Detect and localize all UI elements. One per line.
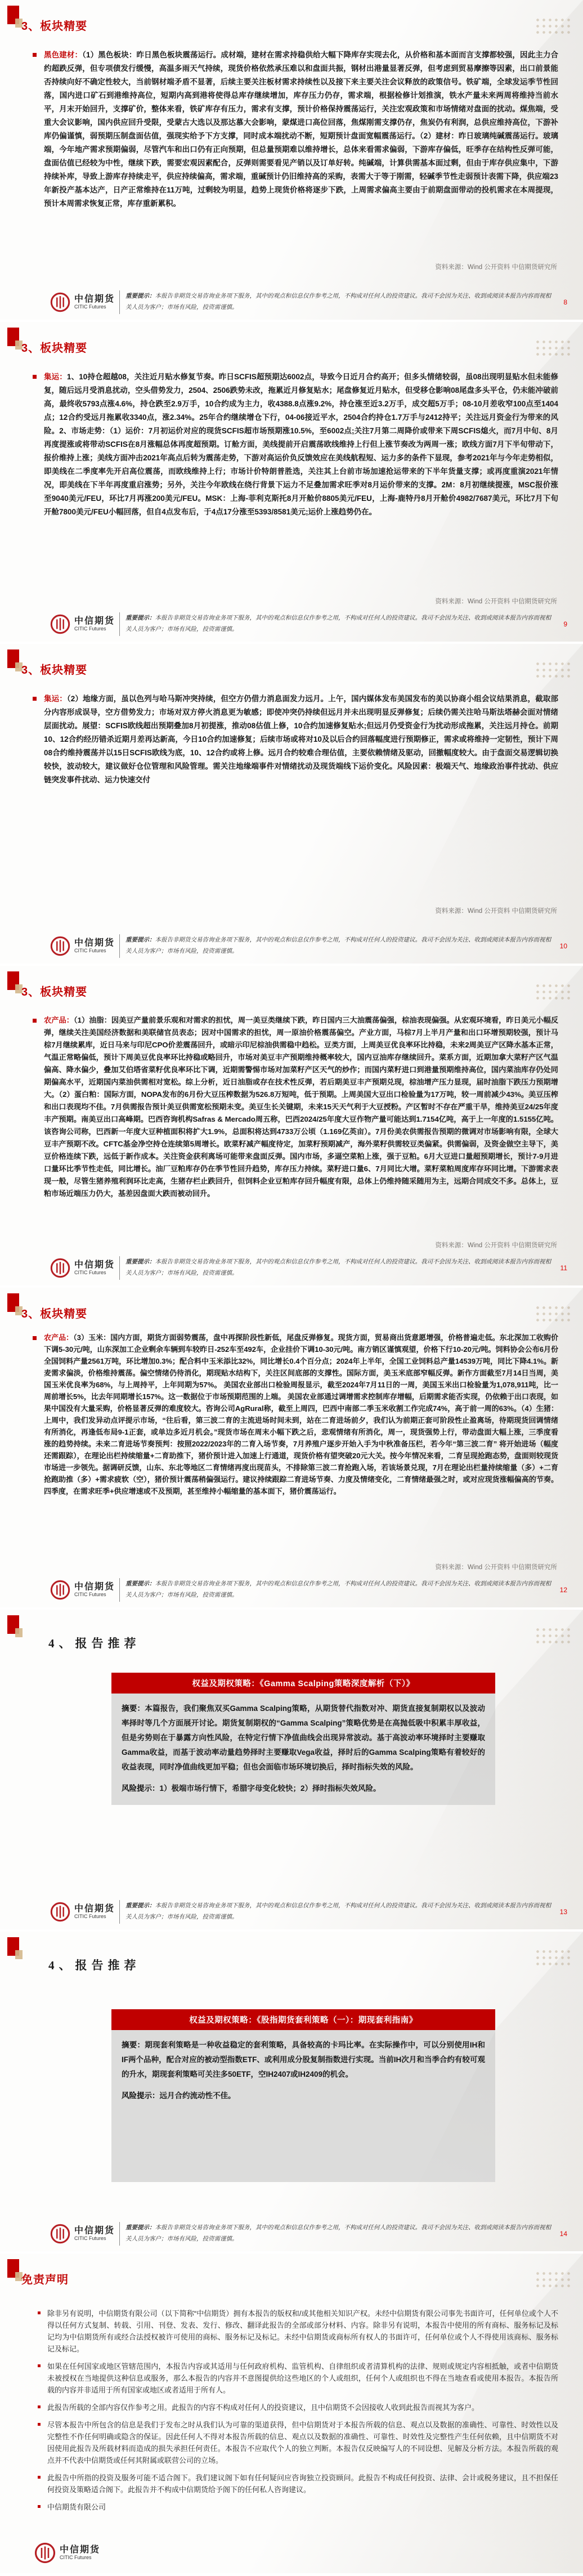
disclaimer-item: 除非另有说明，中信期货有限公司（以下简称“中信期货）拥有本报告的版权和/或其他相… [35, 2308, 558, 2355]
bullet-square-icon [33, 375, 37, 379]
bullet-square-icon [33, 53, 37, 57]
page-number: 8 [563, 298, 567, 306]
report-abstract: 摘要：本篇报告，我们聚焦双买Gamma Scalping策略，从期货替代指数对冲… [122, 1701, 485, 1775]
footer-divider [119, 934, 120, 958]
sector-label: 黑色建材： [44, 51, 82, 59]
bullet-square-icon [33, 1336, 37, 1340]
citic-logo-icon [50, 1257, 71, 1279]
footer-notice: 重要提示：本报告非期货交易咨询业务项下服务，其中的观点和信息仅作参考之用，不构成… [125, 1579, 552, 1601]
dots-decoration [535, 1627, 571, 1645]
page-number: 9 [563, 620, 567, 628]
brand-name-cn: 中信期货 [74, 1582, 115, 1592]
sector-label: 农产品： [44, 1333, 73, 1342]
footer-notice: 重要提示：本报告非期货交易咨询业务项下服务，其中的观点和信息仅作参考之用，不构成… [125, 2223, 552, 2245]
page-title: 3、板块精要 [21, 983, 87, 999]
page-title: 3、板块精要 [21, 1305, 87, 1321]
corner-tan-square [15, 1628, 23, 1637]
citic-logo: 中信期货CITIC Futures [50, 292, 115, 313]
page-content: 黑色建材：（1）黑色板块：昨日黑色板块震荡运行。成材端，建材在需求持稳供给大幅下… [29, 48, 558, 210]
page-number: 14 [560, 2230, 567, 2238]
brand-name-en: CITIC Futures [74, 948, 115, 954]
footer-divider [119, 2222, 120, 2246]
page-footer: 中信期货CITIC Futures 重要提示：本报告非期货交易咨询业务项下服务，… [50, 290, 567, 314]
bullet-square-icon [33, 697, 37, 701]
report-title-bar: 权益及期权策略：《Gamma Scalping策略深度解析（下）》 [111, 1673, 495, 1694]
citic-logo-icon [50, 1901, 71, 1923]
footer-notice: 重要提示：本报告非期货交易咨询业务项下服务，其中的观点和信息仅作参考之用，不构成… [125, 1901, 552, 1923]
sector-body: （1）黑色板块：昨日黑色板块震荡运行。成材端，建材在需求持稳供给大幅下降库存实现… [44, 51, 558, 208]
citic-logo-icon [50, 292, 71, 313]
disclaimer-item: 尽管本报告中所包含的信息是我们于发布之时从我们认为可靠的渠道获得，但中信期货对于… [35, 2419, 558, 2466]
page-content: 农产品：（3）玉米：国内方面，期货方面弱势震荡，盘中再探阶段性新低，尾盘反弹修复… [29, 1332, 558, 1497]
sector-body: （1）油脂：因美豆产量前景乐观和对需求的担忧，周一美豆类继续下跌，昨日国内三大油… [44, 1016, 558, 1198]
page-title: 3、板块精要 [21, 339, 87, 355]
slide-page-4: 3、板块精要 农产品：（1）油脂：因美豆产量前景乐观和对需求的担忧，周一美豆类继… [0, 966, 583, 1285]
disclaimer-item: 此报告中所指的投资及服务可能不适合阁下。我们建议阁下如有任何疑问应咨询独立投资顾… [35, 2472, 558, 2496]
section-paragraph: 农产品：（1）油脂：因美豆产量前景乐观和对需求的担忧，周一美豆类继续下跌，昨日国… [29, 1014, 558, 1200]
report-body: 摘要：本篇报告，我们聚焦双买Gamma Scalping策略，从期货替代指数对冲… [111, 1694, 495, 1805]
citic-logo-icon [50, 613, 71, 635]
citic-logo: 中信期货CITIC Futures [50, 613, 115, 635]
page-title: 3、板块精要 [21, 17, 87, 33]
slide-page-7: 4、报告推荐 权益及期权策略：《股指期货套利策略（一）：期现套利指南》 摘要：期… [0, 1932, 583, 2251]
bullet-square-icon [38, 2405, 41, 2408]
citic-logo-icon [34, 2542, 56, 2564]
page-title: 免责声明 [21, 2270, 69, 2287]
corner-tan-square [15, 1950, 23, 1959]
page-footer: 中信期货CITIC Futures [34, 2542, 100, 2564]
section-paragraph: 黑色建材：（1）黑色板块：昨日黑色板块震荡运行。成材端，建材在需求持稳供给大幅下… [29, 48, 558, 210]
brand-name-en: CITIC Futures [74, 626, 115, 632]
slide-page-6: 4、报告推荐 权益及期权策略：《Gamma Scalping策略深度解析（下）》… [0, 1610, 583, 1929]
footer-notice: 重要提示：本报告非期货交易咨询业务项下服务，其中的观点和信息仅作参考之用，不构成… [125, 613, 555, 635]
page-number: 13 [560, 1908, 567, 1916]
page-footer: 中信期货CITIC Futures 重要提示：本报告非期货交易咨询业务项下服务，… [50, 2222, 567, 2246]
report-abstract: 摘要：期现套利策略是一种收益稳定的套利策略，具备较高的卡玛比率。在实际操作中，可… [122, 2038, 485, 2082]
citic-logo: 中信期货CITIC Futures [50, 1257, 115, 1279]
slide-page-5: 3、板块精要 农产品：（3）玉米：国内方面，期货方面弱势震荡，盘中再探阶段性新低… [0, 1288, 583, 1607]
disclaimer-list: 除非另有说明，中信期货有限公司（以下简称“中信期货）拥有本报告的版权和/或其他相… [35, 2308, 558, 2519]
section-paragraph: 集运：（2）地缘方面，虽以色列与哈马斯冲突持续，但空方仍借力消息面发力远月。上午… [29, 692, 558, 787]
report-body: 摘要：期现套利策略是一种收益稳定的套利策略，具备较高的卡玛比率。在实际操作中，可… [111, 2030, 495, 2182]
sector-label: 集运： [44, 695, 67, 703]
bullet-square-icon [38, 2476, 41, 2479]
report-risk: 风险提示：1）极端市场行情下，希腊字母变化较快；2）择时指标失效风险。 [122, 1781, 485, 1796]
bullet-square-icon [38, 2505, 41, 2508]
dots-decoration [535, 17, 571, 35]
sector-body: （3）玉米：国内方面，期货方面弱势震荡，盘中再探阶段性新低，尾盘反弹修复。现货方… [44, 1333, 558, 1495]
disclaimer-item: 中信期货有限公司 [35, 2501, 558, 2513]
footer-divider [119, 1256, 120, 1280]
brand-name-en: CITIC Futures [74, 1592, 115, 1598]
section-paragraph: 农产品：（3）玉米：国内方面，期货方面弱势震荡，盘中再探阶段性新低，尾盘反弹修复… [29, 1332, 558, 1497]
slide-page-2: 3、板块精要 集运：1、10持仓超越08，关注近月贴水修复节奏。昨日SCFIS超… [0, 322, 583, 642]
page-number: 10 [560, 942, 567, 950]
footer-divider [119, 290, 120, 314]
footer-notice: 重要提示：本报告非期货交易咨询业务项下服务，其中的观点和信息仅作参考之用，不构成… [125, 291, 555, 313]
source-note: 资料来源：Wind 公开资料 中信期货研究所 [435, 262, 557, 271]
source-note: 资料来源：Wind 公开资料 中信期货研究所 [435, 1240, 557, 1249]
brand-name-cn: 中信期货 [74, 1904, 115, 1914]
dots-decoration [535, 2270, 571, 2289]
brand-name-cn: 中信期货 [74, 2226, 115, 2236]
source-note: 资料来源：Wind 公开资料 中信期货研究所 [435, 1562, 557, 1571]
source-note: 资料来源：Wind 公开资料 中信期货研究所 [435, 597, 557, 606]
citic-logo: 中信期货CITIC Futures [50, 935, 115, 957]
brand-name-en: CITIC Futures [74, 1270, 115, 1276]
report-title-bar: 权益及期权策略：《股指期货套利策略（一）：期现套利指南》 [111, 2009, 495, 2030]
citic-logo-icon [50, 935, 71, 957]
disclaimer-item: 此报告所载的全部内容仅作参考之用。此报告的内容不构成对任何人的投资建议，且中信期… [35, 2402, 558, 2413]
page-title: 4、报告推荐 [48, 1634, 141, 1651]
disclaimer-item: 如果在任何国家或地区管辖范围内，本报告内容或其适用与任何政府机构、监管机构、自律… [35, 2360, 558, 2396]
brand-name-cn: 中信期货 [74, 616, 115, 626]
page-content: 集运：1、10持仓超越08，关注近月贴水修复节奏。昨日SCFIS超预期达6002… [29, 370, 558, 519]
citic-logo-icon [50, 2223, 71, 2245]
brand-name-en: CITIC Futures [74, 1914, 115, 1920]
citic-logo-icon [50, 1579, 71, 1601]
bullet-square-icon [33, 1019, 37, 1023]
page-footer: 中信期货CITIC Futures 重要提示：本报告非期货交易咨询业务项下服务，… [50, 1578, 567, 1602]
report-risk: 风险提示：远月合约流动性不佳。 [122, 2089, 485, 2103]
page-number: 12 [560, 1586, 567, 1594]
page-footer: 中信期货CITIC Futures 重要提示：本报告非期货交易咨询业务项下服务，… [50, 1256, 567, 1280]
brand-name-en: CITIC Futures [60, 2555, 100, 2561]
page-content: 农产品：（1）油脂：因美豆产量前景乐观和对需求的担忧，周一美豆类继续下跌，昨日国… [29, 1014, 558, 1200]
page-footer: 中信期货CITIC Futures 重要提示：本报告非期货交易咨询业务项下服务，… [50, 612, 567, 636]
brand-name-cn: 中信期货 [74, 938, 115, 948]
section-paragraph: 集运：1、10持仓超越08，关注近月贴水修复节奏。昨日SCFIS超预期达6002… [29, 370, 558, 519]
citic-logo: 中信期货CITIC Futures [50, 2223, 115, 2245]
bullet-square-icon [38, 2364, 41, 2367]
slide-page-3: 3、板块精要 集运：（2）地缘方面，虽以色列与哈马斯冲突持续，但空方仍借力消息面… [0, 644, 583, 964]
bullet-square-icon [38, 2311, 41, 2314]
report-recommendation-card: 权益及期权策略：《股指期货套利策略（一）：期现套利指南》 摘要：期现套利策略是一… [111, 2009, 495, 2182]
footer-notice: 重要提示：本报告非期货交易咨询业务项下服务，其中的观点和信息仅作参考之用，不构成… [125, 935, 552, 957]
sector-body: （2）地缘方面，虽以色列与哈马斯冲突持续，但空方仍借力消息面发力远月。上午，国内… [44, 695, 558, 784]
brand-name-cn: 中信期货 [74, 1260, 115, 1270]
citic-logo: 中信期货CITIC Futures [34, 2542, 100, 2564]
citic-logo: 中信期货CITIC Futures [50, 1901, 115, 1923]
brand-name-cn: 中信期货 [74, 294, 115, 304]
page-title: 4、报告推荐 [48, 1956, 141, 1973]
source-note: 资料来源：Wind 公开资料 中信期货研究所 [435, 906, 557, 915]
page-footer: 中信期货CITIC Futures 重要提示：本报告非期货交易咨询业务项下服务，… [50, 1900, 567, 1924]
page-content: 集运：（2）地缘方面，虽以色列与哈马斯冲突持续，但空方仍借力消息面发力远月。上午… [29, 692, 558, 787]
footer-notice: 重要提示：本报告非期货交易咨询业务项下服务，其中的观点和信息仅作参考之用，不构成… [125, 1257, 553, 1279]
footer-divider [119, 1578, 120, 1602]
slide-page-1: 3、板块精要 黑色建材：（1）黑色板块：昨日黑色板块震荡运行。成材端，建材在需求… [0, 0, 583, 320]
report-recommendation-card: 权益及期权策略：《Gamma Scalping策略深度解析（下）》 摘要：本篇报… [111, 1673, 495, 1805]
brand-name-cn: 中信期货 [60, 2545, 100, 2555]
page-footer: 中信期货CITIC Futures 重要提示：本报告非期货交易咨询业务项下服务，… [50, 934, 567, 958]
brand-name-en: CITIC Futures [74, 304, 115, 310]
sector-label: 集运： [44, 373, 67, 381]
page-number: 11 [560, 1264, 567, 1272]
dots-decoration [535, 661, 571, 679]
dots-decoration [535, 1948, 571, 1967]
dots-decoration [535, 983, 571, 1001]
slide-page-8: 免责声明 除非另有说明，中信期货有限公司（以下简称“中信期货）拥有本报告的版权和… [0, 2254, 583, 2573]
dots-decoration [535, 339, 571, 357]
footer-divider [119, 1900, 120, 1924]
bullet-square-icon [38, 2423, 41, 2426]
brand-name-en: CITIC Futures [74, 2236, 115, 2242]
citic-logo: 中信期货CITIC Futures [50, 1579, 115, 1601]
dots-decoration [535, 1305, 571, 1323]
footer-divider [119, 612, 120, 636]
sector-label: 农产品： [44, 1016, 74, 1024]
sector-body: 1、10持仓超越08，关注近月贴水修复节奏。昨日SCFIS超预期达6002点，导… [44, 373, 558, 516]
page-title: 3、板块精要 [21, 661, 87, 677]
